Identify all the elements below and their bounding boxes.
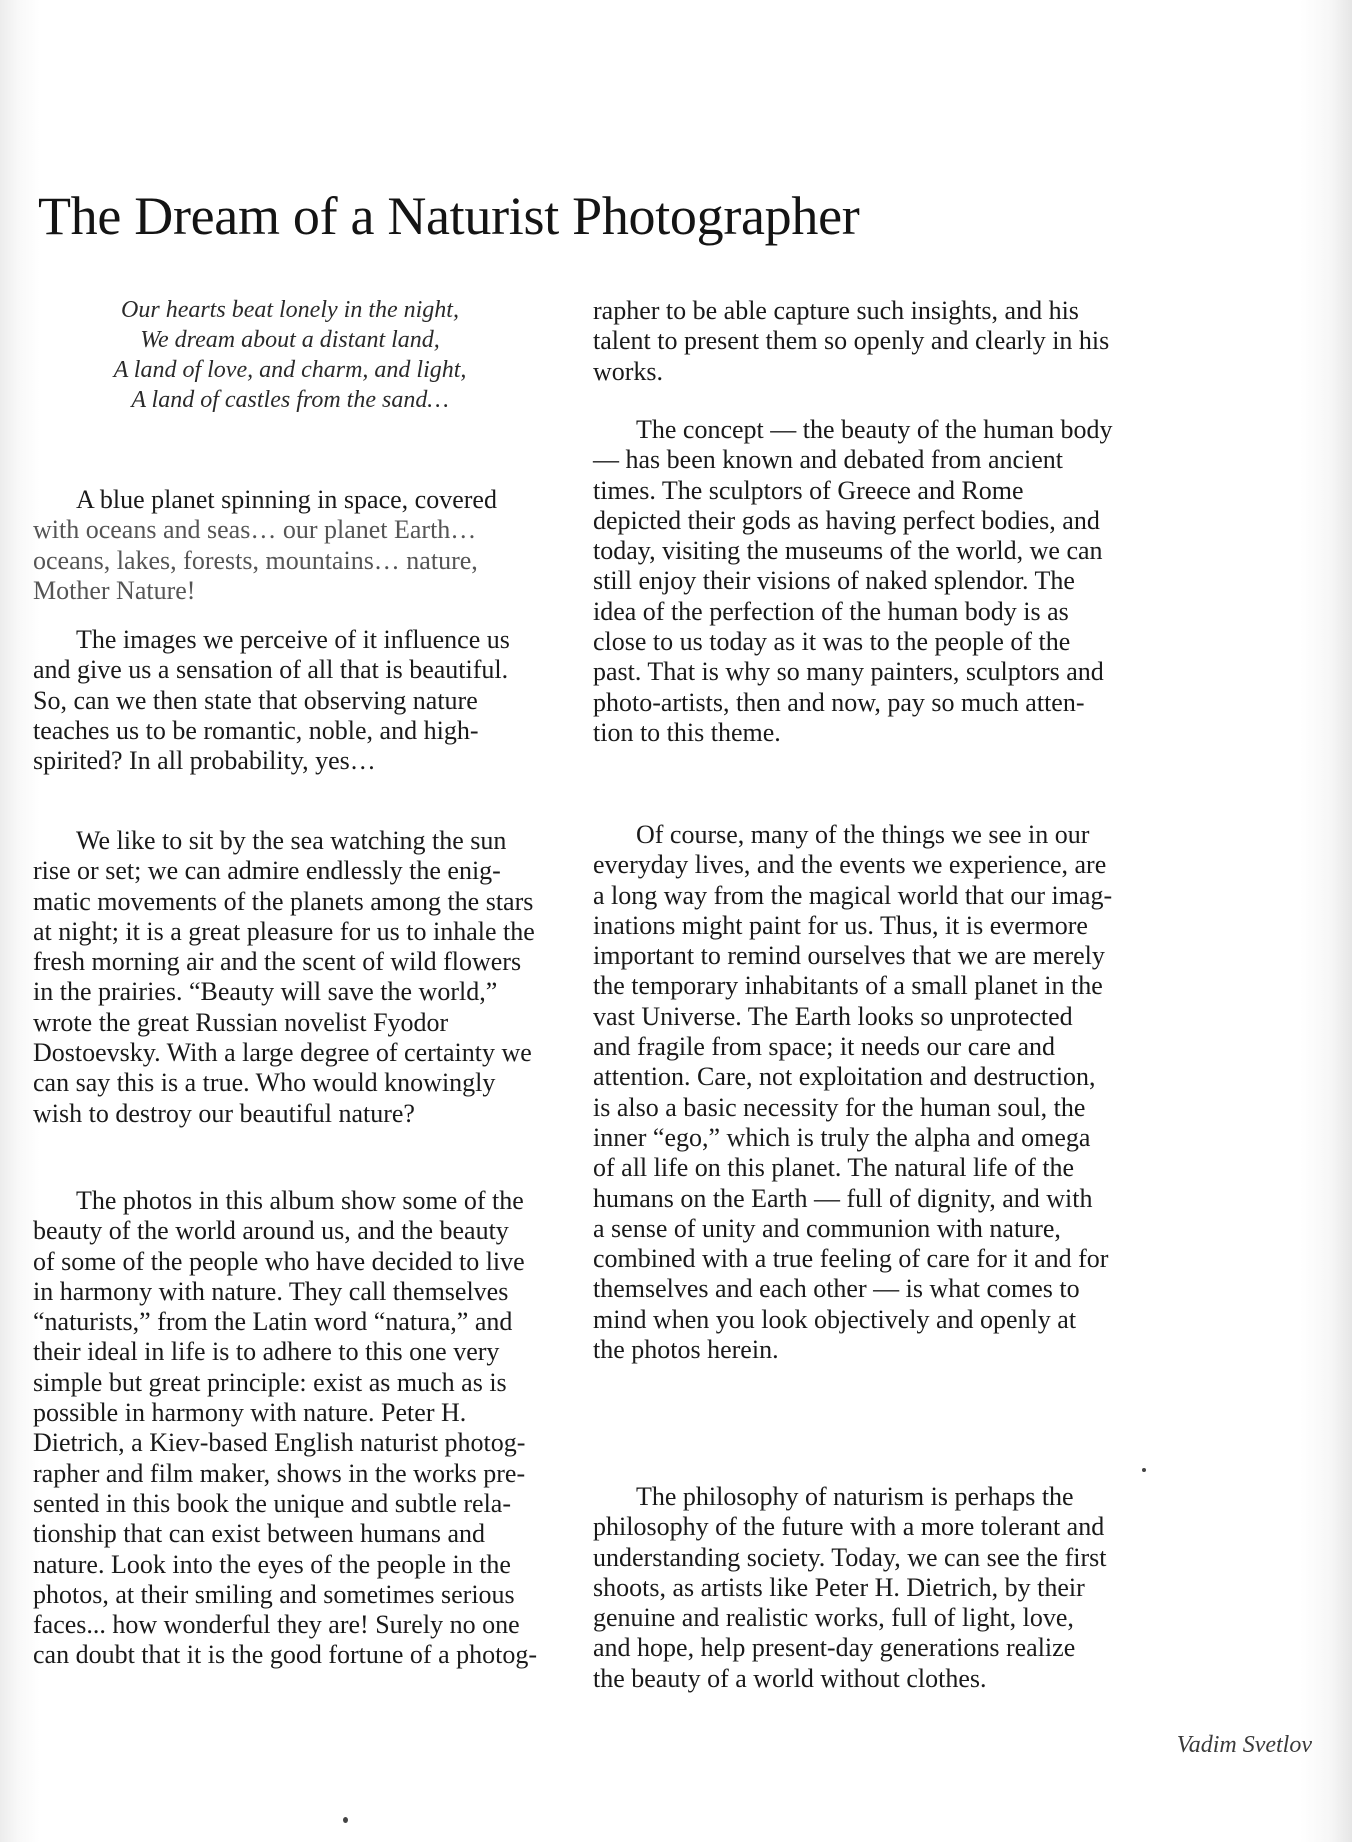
text-line: inner “ego,” which is truly the alpha an… bbox=[593, 1123, 1323, 1153]
book-page: The Dream of a Naturist Photographer Our… bbox=[0, 0, 1352, 1842]
text-line: combined with a true feeling of care for… bbox=[593, 1244, 1323, 1274]
left-column-para-2: The images we perceive of it influence u… bbox=[33, 625, 653, 776]
text-line: The images we perceive of it influence u… bbox=[33, 625, 653, 655]
epigraph-poem: Our hearts beat lonely in the night, We … bbox=[90, 295, 490, 415]
text-line: We like to sit by the sea watching the s… bbox=[33, 826, 653, 856]
text-line: in the prairies. “Beauty will save the w… bbox=[33, 977, 653, 1007]
left-column-para-3: We like to sit by the sea watching the s… bbox=[33, 826, 653, 1129]
text-line: in harmony with nature. They call themse… bbox=[33, 1277, 653, 1307]
text-line: can doubt that it is the good fortune of… bbox=[33, 1640, 653, 1670]
text-line: mind when you look objectively and openl… bbox=[593, 1305, 1323, 1335]
text-line: Mother Nature! bbox=[33, 576, 653, 606]
text-line: rapher and film maker, shows in the work… bbox=[33, 1459, 653, 1489]
text-line: beauty of the world around us, and the b… bbox=[33, 1216, 653, 1246]
text-line: teaches us to be romantic, noble, and hi… bbox=[33, 716, 653, 746]
text-line: Dietrich, a Kiev-based English naturist … bbox=[33, 1428, 653, 1458]
text-line: today, visiting the museums of the world… bbox=[593, 536, 1323, 566]
text-line: of all life on this planet. The natural … bbox=[593, 1153, 1323, 1183]
text-line: and hope, help present-day generations r… bbox=[593, 1633, 1323, 1663]
text-line: spirited? In all probability, yes… bbox=[33, 746, 653, 776]
poem-line: Our hearts beat lonely in the night, bbox=[90, 295, 490, 325]
scan-speck bbox=[343, 1817, 348, 1823]
text-line: of some of the people who have decided t… bbox=[33, 1247, 653, 1277]
text-line: possible in harmony with nature. Peter H… bbox=[33, 1398, 653, 1428]
text-line: talent to present them so openly and cle… bbox=[593, 326, 1323, 356]
poem-line: A land of castles from the sand… bbox=[90, 385, 490, 415]
right-column-para-2: The concept — the beauty of the human bo… bbox=[593, 415, 1323, 748]
text-line: photo-artists, then and now, pay so much… bbox=[593, 688, 1323, 718]
text-line: everyday lives, and the events we experi… bbox=[593, 850, 1323, 880]
text-line: attention. Care, not exploitation and de… bbox=[593, 1062, 1323, 1092]
right-column-para-1: rapher to be able capture such insights,… bbox=[593, 296, 1323, 387]
text-line: Of course, many of the things we see in … bbox=[593, 820, 1323, 850]
text-line: at night; it is a great pleasure for us … bbox=[33, 917, 653, 947]
text-line: a long way from the magical world that o… bbox=[593, 881, 1323, 911]
text-line: The philosophy of naturism is perhaps th… bbox=[593, 1482, 1323, 1512]
right-column-para-3: Of course, many of the things we see in … bbox=[593, 820, 1323, 1365]
text-line: nature. Look into the eyes of the people… bbox=[33, 1550, 653, 1580]
text-line: can say this is a true. Who would knowin… bbox=[33, 1068, 653, 1098]
text-line: important to remind ourselves that we ar… bbox=[593, 941, 1323, 971]
text-line: oceans, lakes, forests, mountains… natur… bbox=[33, 546, 653, 576]
text-line: depicted their gods as having perfect bo… bbox=[593, 506, 1323, 536]
left-column-para-4: The photos in this album show some of th… bbox=[33, 1186, 653, 1671]
text-line: sented in this book the unique and subtl… bbox=[33, 1489, 653, 1519]
text-line: past. That is why so many painters, scul… bbox=[593, 657, 1323, 687]
text-line: philosophy of the future with a more tol… bbox=[593, 1512, 1323, 1542]
text-line: rapher to be able capture such insights,… bbox=[593, 296, 1323, 326]
text-line: times. The sculptors of Greece and Rome bbox=[593, 476, 1323, 506]
text-line: is also a basic necessity for the human … bbox=[593, 1093, 1323, 1123]
text-line: The photos in this album show some of th… bbox=[33, 1186, 653, 1216]
text-line: understanding society. Today, we can see… bbox=[593, 1543, 1323, 1573]
text-line: shoots, as artists like Peter H. Dietric… bbox=[593, 1573, 1323, 1603]
text-line: their ideal in life is to adhere to this… bbox=[33, 1337, 653, 1367]
text-line: tion to this theme. bbox=[593, 718, 1323, 748]
text-line: rise or set; we can admire endlessly the… bbox=[33, 856, 653, 886]
text-line: close to us today as it was to the peopl… bbox=[593, 627, 1323, 657]
text-line: the beauty of a world without clothes. bbox=[593, 1664, 1323, 1694]
text-line: the photos herein. bbox=[593, 1335, 1323, 1365]
text-line: matic movements of the planets among the… bbox=[33, 887, 653, 917]
text-line: photos, at their smiling and sometimes s… bbox=[33, 1580, 653, 1610]
scan-speck bbox=[1142, 1468, 1146, 1472]
text-line: inations might paint for us. Thus, it is… bbox=[593, 911, 1323, 941]
text-line: A blue planet spinning in space, covered bbox=[33, 485, 653, 515]
text-line: Dostoevsky. With a large degree of certa… bbox=[33, 1038, 653, 1068]
text-line: genuine and realistic works, full of lig… bbox=[593, 1603, 1323, 1633]
text-line: wrote the great Russian novelist Fyodor bbox=[33, 1008, 653, 1038]
text-line: a sense of unity and communion with natu… bbox=[593, 1214, 1323, 1244]
right-column-para-4: The philosophy of naturism is perhaps th… bbox=[593, 1482, 1323, 1694]
text-line: and give us a sensation of all that is b… bbox=[33, 655, 653, 685]
text-line: humans on the Earth — full of dignity, a… bbox=[593, 1184, 1323, 1214]
text-line: the temporary inhabitants of a small pla… bbox=[593, 971, 1323, 1001]
poem-line: We dream about a distant land, bbox=[90, 325, 490, 355]
author-signature: Vadim Svetlov bbox=[1177, 1732, 1312, 1759]
text-line: themselves and each other — is what come… bbox=[593, 1274, 1323, 1304]
poem-line: A land of love, and charm, and light, bbox=[90, 355, 490, 385]
text-line: idea of the perfection of the human body… bbox=[593, 597, 1323, 627]
text-line: The concept — the beauty of the human bo… bbox=[593, 415, 1323, 445]
text-line: fresh morning air and the scent of wild … bbox=[33, 947, 653, 977]
text-line: tionship that can exist between humans a… bbox=[33, 1519, 653, 1549]
text-line: — has been known and debated from ancien… bbox=[593, 445, 1323, 475]
page-title: The Dream of a Naturist Photographer bbox=[38, 186, 859, 246]
text-line: and fragile from space; it needs our car… bbox=[593, 1032, 1323, 1062]
text-line: faces... how wonderful they are! Surely … bbox=[33, 1610, 653, 1640]
left-column-para-1: A blue planet spinning in space, covered… bbox=[33, 485, 653, 606]
text-line: works. bbox=[593, 357, 1323, 387]
text-line: simple but great principle: exist as muc… bbox=[33, 1368, 653, 1398]
text-line: “naturists,” from the Latin word “natura… bbox=[33, 1307, 653, 1337]
text-line: still enjoy their visions of naked splen… bbox=[593, 566, 1323, 596]
text-line: with oceans and seas… our planet Earth… bbox=[33, 515, 653, 545]
text-line: vast Universe. The Earth looks so unprot… bbox=[593, 1002, 1323, 1032]
scan-speck bbox=[647, 1049, 653, 1051]
text-line: So, can we then state that observing nat… bbox=[33, 686, 653, 716]
text-line: wish to destroy our beautiful nature? bbox=[33, 1099, 653, 1129]
